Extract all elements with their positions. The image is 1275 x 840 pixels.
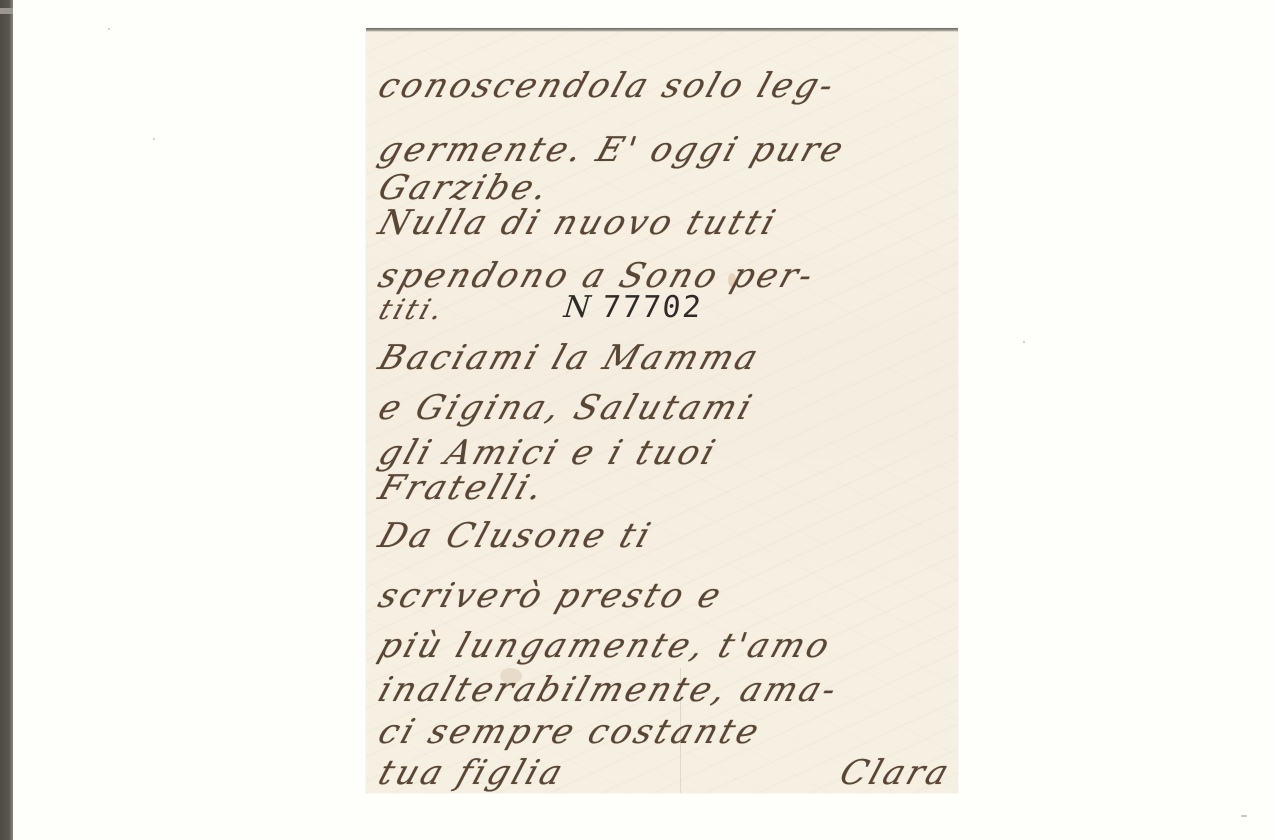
letter-line: Da Clusone ti [374, 516, 957, 556]
letter-line: Baciami la Mamma [374, 338, 957, 378]
letter-line: inalterabilmente, ama- [374, 670, 957, 710]
dust-speck [1023, 341, 1025, 343]
scanner-edge [0, 0, 13, 840]
letter-page: conoscendola solo leg- germente. E' oggi… [366, 28, 958, 793]
archive-number-value: 77702 [600, 290, 704, 325]
dust-speck [108, 28, 110, 30]
letter-line: conoscendola solo leg- [374, 66, 957, 106]
letter-line: più lungamente, t'amo [374, 626, 957, 666]
letter-line: scriverò presto e [374, 576, 957, 616]
paper-top-edge [366, 28, 958, 32]
archive-number-prefix: N [562, 290, 594, 325]
letter-line: tua figlia Clara [374, 753, 957, 793]
letter-line: ci sempre costante [374, 712, 957, 752]
letter-line: germente. E' oggi pure [374, 130, 957, 170]
dust-speck [1241, 815, 1247, 817]
letter-line: Nulla di nuovo tutti [374, 203, 957, 243]
letter-line: e Gigina, Salutami [374, 388, 957, 428]
letter-line: gli Amici e i tuoi [374, 433, 957, 473]
archive-number-stamp: N77702 [562, 290, 704, 325]
dust-speck [153, 138, 155, 140]
letter-line: Fratelli. [374, 468, 957, 508]
letter-line: Garzibe. [374, 168, 957, 208]
signature: Clara [835, 753, 957, 793]
closing-phrase: tua figlia [374, 753, 571, 793]
